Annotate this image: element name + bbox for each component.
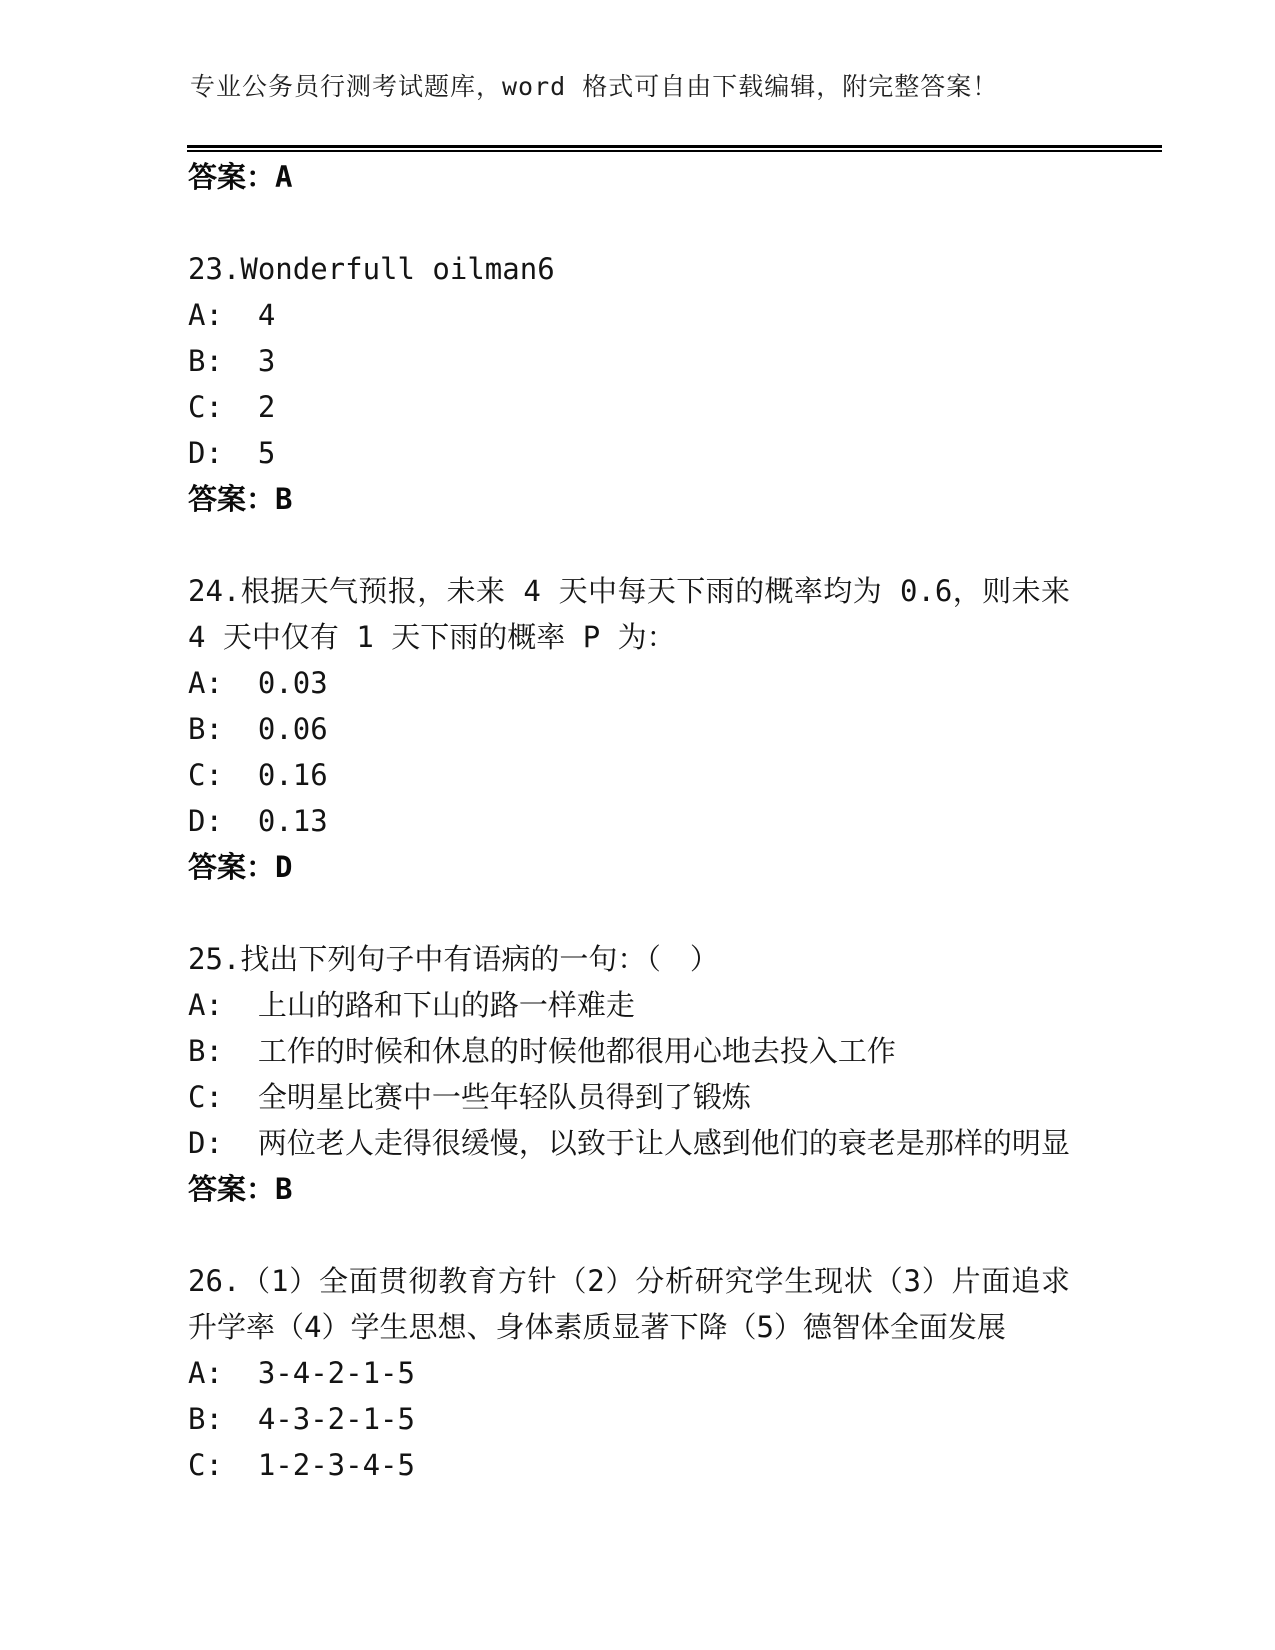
question-25: 25.找出下列句子中有语病的一句：（ ） A: 上山的路和下山的路一样难走 B:…: [188, 936, 1070, 1212]
option-b: B: 工作的时候和休息的时候他都很用心地去投入工作: [188, 1028, 1070, 1074]
divider-thin-line: [187, 150, 1162, 152]
option-c: C: 1-2-3-4-5: [188, 1442, 1070, 1488]
answer-line: 答案：B: [188, 1166, 1070, 1212]
option-d: D: 5: [188, 430, 1070, 476]
answer-line: 答案：D: [188, 844, 1070, 890]
page-header-text: 专业公务员行测考试题库，word 格式可自由下载编辑，附完整答案！: [190, 72, 1165, 102]
option-c: C: 全明星比赛中一些年轻队员得到了锻炼: [188, 1074, 1070, 1120]
option-d: D: 0.13: [188, 798, 1070, 844]
question-23: 23.Wonderfull oilman6 A: 4 B: 3 C: 2 D: …: [188, 246, 1070, 522]
document-page: 专业公务员行测考试题库，word 格式可自由下载编辑，附完整答案！ 答案：A 2…: [0, 0, 1275, 1650]
option-b: B: 4-3-2-1-5: [188, 1396, 1070, 1442]
option-c: C: 0.16: [188, 752, 1070, 798]
answer-line: 答案：B: [188, 476, 1070, 522]
option-d: D: 两位老人走得很缓慢，以致于让人感到他们的衰老是那样的明显: [188, 1120, 1070, 1166]
option-b: B: 0.06: [188, 706, 1070, 752]
question-stem: 25.找出下列句子中有语病的一句：（ ）: [188, 936, 1070, 982]
option-b: B: 3: [188, 338, 1070, 384]
question-26: 26.（1）全面贯彻教育方针（2）分析研究学生现状（3）片面追求升学率（4）学生…: [188, 1258, 1070, 1488]
document-body: 答案：A 23.Wonderfull oilman6 A: 4 B: 3 C: …: [188, 154, 1070, 1488]
answer-line-previous-question: 答案：A: [188, 154, 1070, 200]
question-stem: 26.（1）全面贯彻教育方针（2）分析研究学生现状（3）片面追求升学率（4）学生…: [188, 1258, 1070, 1350]
option-c: C: 2: [188, 384, 1070, 430]
question-24: 24.根据天气预报，未来 4 天中每天下雨的概率均为 0.6，则未来 4 天中仅…: [188, 568, 1070, 890]
option-a: A: 3-4-2-1-5: [188, 1350, 1070, 1396]
option-a: A: 0.03: [188, 660, 1070, 706]
question-stem: 24.根据天气预报，未来 4 天中每天下雨的概率均为 0.6，则未来 4 天中仅…: [188, 568, 1070, 660]
question-stem: 23.Wonderfull oilman6: [188, 246, 1070, 292]
option-a: A: 4: [188, 292, 1070, 338]
option-a: A: 上山的路和下山的路一样难走: [188, 982, 1070, 1028]
header-divider-double-rule: [187, 145, 1162, 152]
